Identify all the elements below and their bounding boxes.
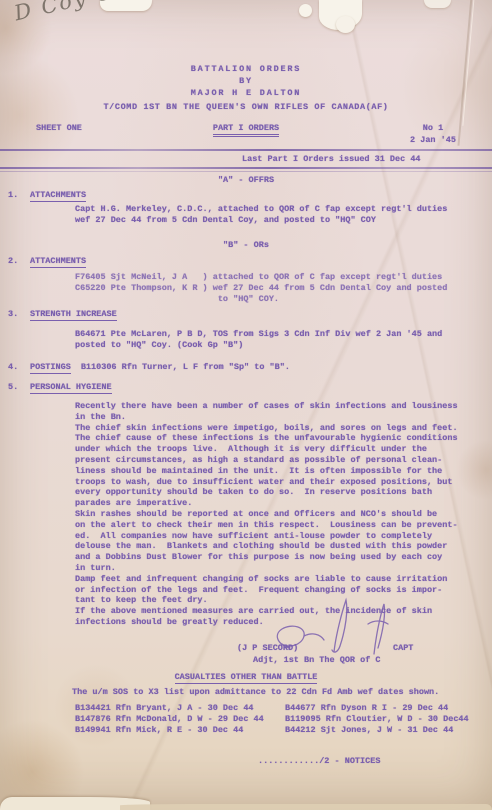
section-title: POSTINGS (30, 362, 71, 374)
casualties-right-column: B44677 Rfn Dyson R I - 29 Dec 44B119095 … (285, 703, 469, 736)
casualty-entry: B44677 Rfn Dyson R I - 29 Dec 44 (285, 703, 469, 714)
command-line: T/COMD 1ST BN THE QUEEN'S OWN RIFLES OF … (0, 102, 492, 113)
section-title: ATTACHMENTS (30, 190, 86, 202)
section-3-heading: 3.STRENGTH INCREASE (8, 309, 117, 320)
order-number: No 1 (398, 123, 468, 134)
document-title-by: BY (0, 76, 492, 87)
section-5-heading: 5.PERSONAL HYGIENE (8, 382, 112, 393)
torn-bottom-edge (120, 804, 492, 810)
section-1-body: Capt H.G. Merkeley, C.D.C., attached to … (75, 204, 447, 226)
section-title: ATTACHMENTS (30, 256, 86, 268)
last-orders-line: Last Part I Orders issued 31 Dec 44 (242, 154, 421, 165)
horizontal-rule (0, 167, 492, 169)
casualties-heading: CASUALTIES OTHER THAN BATTLE (0, 672, 492, 683)
punch-hole (299, 4, 312, 17)
document-author: MAJOR H E DALTON (0, 88, 492, 99)
order-date: 2 Jan '45 (398, 135, 468, 146)
order-number-block: No 1 2 Jan '45 (398, 123, 468, 146)
section-4-heading: 4.POSTINGSB110306 Rfn Turner, L F from "… (8, 362, 290, 373)
casualty-entry: B119095 Rfn Cloutier, W D - 30 Dec44 (285, 714, 469, 725)
section-1-heading: 1.ATTACHMENTS (8, 190, 86, 201)
subheader-b-ors: "B" - ORs (0, 240, 492, 251)
casualty-entry: B149941 Rfn Mick, R E - 30 Dec 44 (75, 725, 264, 736)
document-title: BATTALION ORDERS (0, 64, 492, 75)
casualties-heading-text: CASUALTIES OTHER THAN BATTLE (175, 672, 318, 684)
casualty-entry: B44212 Sjt Jones, J W - 31 Dec 44 (285, 725, 469, 736)
section-number: 2. (8, 256, 30, 267)
continuation-line: ............/2 - NOTICES (258, 756, 380, 767)
casualties-intro: The u/m SOS to X3 list upon admittance t… (72, 687, 439, 698)
signatory-name: (J P SECORD) (237, 643, 298, 654)
section-title: PERSONAL HYGIENE (30, 382, 112, 394)
section-2-heading: 2.ATTACHMENTS (8, 256, 86, 267)
section-number: 1. (8, 190, 30, 201)
section-number: 3. (8, 309, 30, 320)
section-number: 4. (8, 362, 30, 373)
section-number: 5. (8, 382, 30, 393)
casualty-entry: B134421 Rfn Bryant, J A - 30 Dec 44 (75, 703, 264, 714)
torn-edge-patch (336, 16, 355, 33)
horizontal-rule (0, 149, 492, 151)
section-2-body: F76405 Sjt McNeil, J A ) attached to QOR… (75, 272, 447, 304)
casualties-left-column: B134421 Rfn Bryant, J A - 30 Dec 44B1478… (75, 703, 264, 736)
section-3-body: B64671 Pte McLaren, P B D, TOS from Sigs… (75, 329, 442, 351)
section-title: STRENGTH INCREASE (30, 309, 117, 321)
torn-edge-patch (424, 0, 451, 8)
subheader-a-offrs: "A" - OFFRS (0, 175, 492, 186)
horizontal-rule (0, 171, 492, 172)
signatory-rank: CAPT (393, 643, 413, 654)
scanned-document-page: D Coy Clerk. BATTALION ORDERS BY MAJOR H… (0, 0, 492, 810)
casualty-entry: B147876 Rfn McDonald, D W - 29 Dec 44 (75, 714, 264, 725)
signatory-title: Adjt, 1st Bn The QOR of C (253, 655, 381, 666)
section-5-body: Recently there have been a number of cas… (75, 401, 458, 628)
section-4-body: B110306 Rfn Turner, L F from "Sp" to "B"… (81, 362, 290, 372)
part-heading-text: PART I ORDERS (213, 123, 279, 137)
